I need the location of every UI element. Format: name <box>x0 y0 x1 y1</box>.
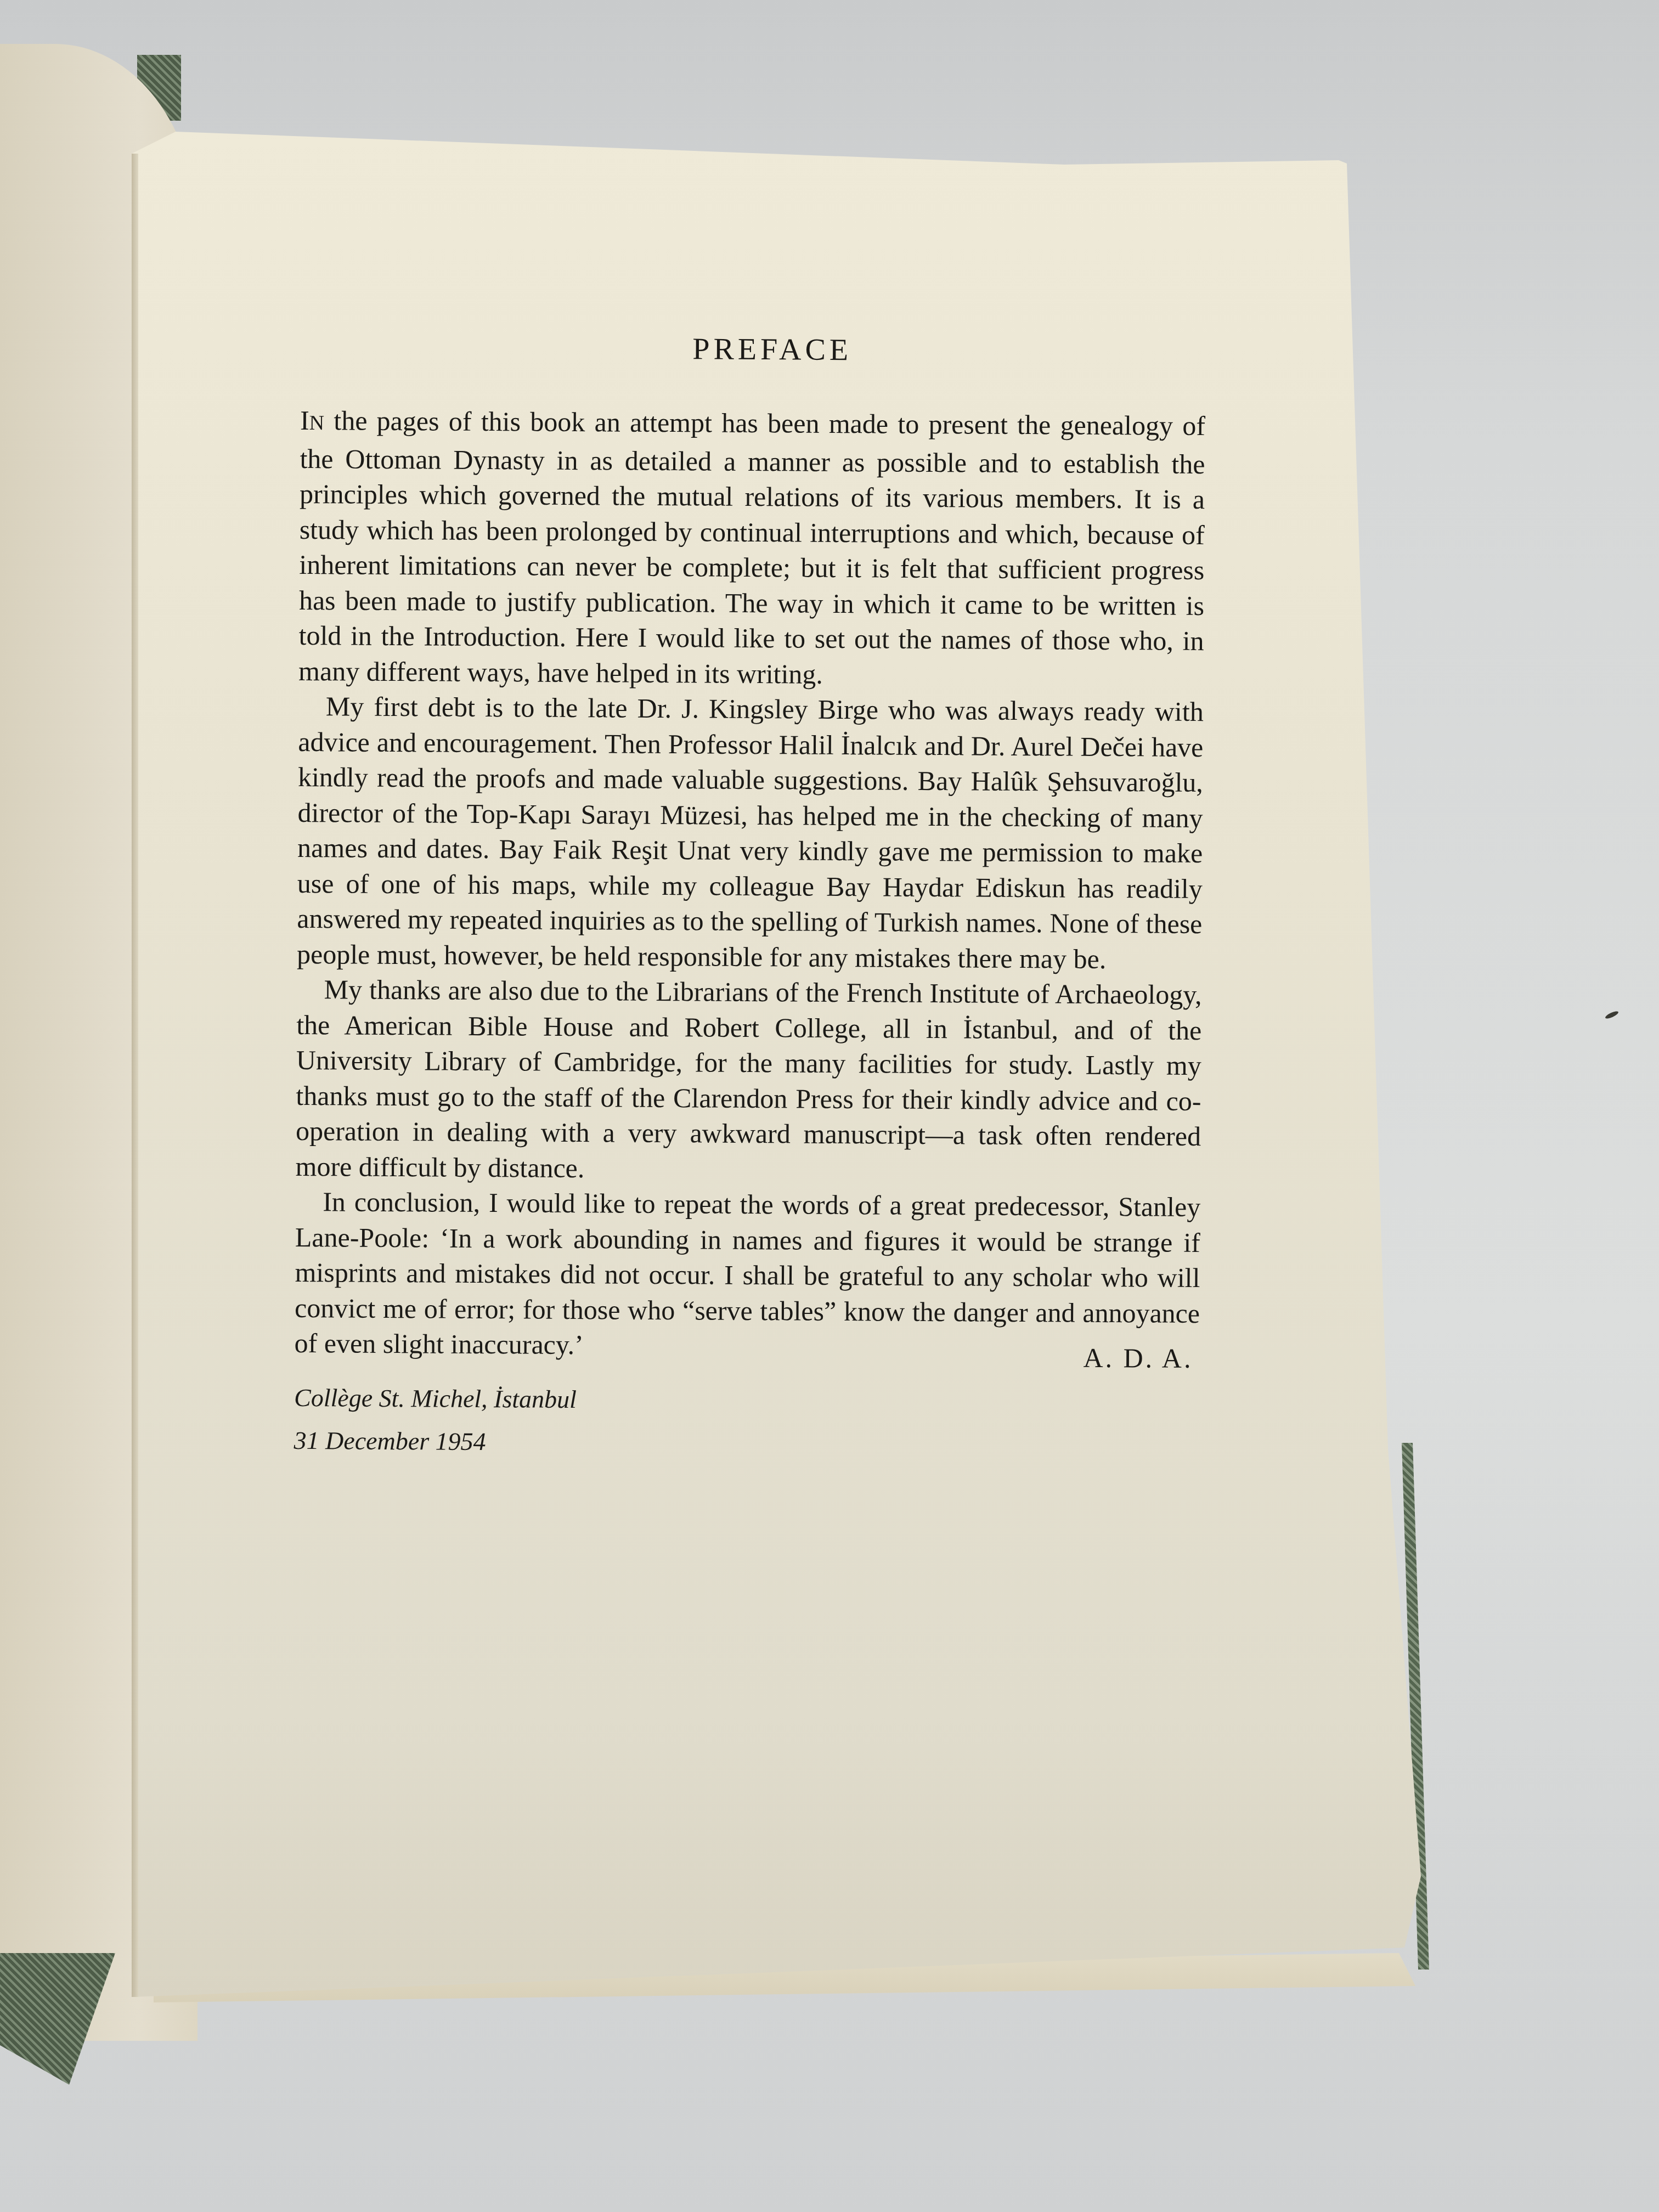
paragraph-2: My first debt is to the late Dr. J. King… <box>297 689 1204 977</box>
book-gutter <box>132 154 138 1997</box>
paragraph-1: IN the pages of this book an attempt has… <box>298 403 1205 694</box>
insect-speck <box>1605 1010 1620 1020</box>
small-cap-letter: N <box>309 411 324 435</box>
opening-small-caps: IN <box>300 405 324 436</box>
page-title: PREFACE <box>339 329 1206 370</box>
place-line: Collège St. Michel, İstanbul <box>294 1376 1199 1424</box>
paragraph-3: My thanks are also due to the Librarians… <box>295 972 1201 1189</box>
date-line: 31 December 1954 <box>294 1419 1199 1467</box>
preface-text-block: PREFACE IN the pages of this book an att… <box>294 329 1206 1468</box>
